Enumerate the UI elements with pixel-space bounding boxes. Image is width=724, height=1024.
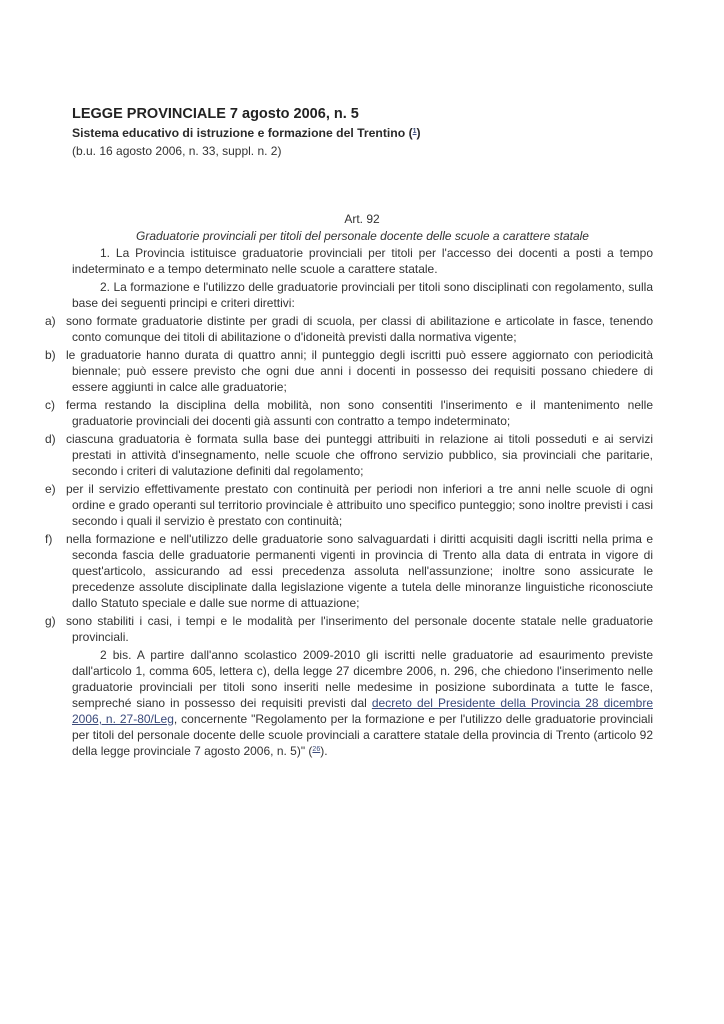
subtitle-text: Sistema educativo di istruzione e formaz… <box>72 126 413 140</box>
publication-info: (b.u. 16 agosto 2006, n. 33, suppl. n. 2… <box>72 144 281 158</box>
law-title: LEGGE PROVINCIALE 7 agosto 2006, n. 5 <box>72 106 359 122</box>
paragraph-1: 1. La Provincia istituisce graduatorie p… <box>72 245 653 277</box>
list-marker: d) <box>45 431 65 447</box>
criteria-list: a) sono formate graduatorie distinte per… <box>0 313 724 645</box>
list-marker: c) <box>45 397 65 413</box>
list-marker: g) <box>45 613 65 629</box>
criteria-item-b: b) le graduatorie hanno durata di quattr… <box>72 347 653 395</box>
list-marker: a) <box>45 313 65 329</box>
article-body: 1. La Provincia istituisce graduatorie p… <box>0 245 724 761</box>
list-item-text: nella formazione e nell'utilizzo delle g… <box>72 531 653 611</box>
list-item-text: sono formate graduatorie distinte per gr… <box>72 313 653 345</box>
list-item-text: ciascuna graduatoria è formata sulla bas… <box>72 431 653 479</box>
document-page: LEGGE PROVINCIALE 7 agosto 2006, n. 5 Si… <box>0 0 724 1024</box>
criteria-item-e: e) per il servizio effettivamente presta… <box>72 481 653 529</box>
list-marker: b) <box>45 347 65 363</box>
list-marker: f) <box>45 531 65 547</box>
criteria-item-d: d) ciascuna graduatoria è formata sulla … <box>72 431 653 479</box>
criteria-item-f: f) nella formazione e nell'utilizzo dell… <box>72 531 653 611</box>
list-item-text: ferma restando la disciplina della mobil… <box>72 397 653 429</box>
criteria-item-a: a) sono formate graduatorie distinte per… <box>72 313 653 345</box>
criteria-item-g: g) sono stabiliti i casi, i tempi e le m… <box>72 613 653 645</box>
article-number: Art. 92 <box>0 212 724 226</box>
list-item-text: le graduatorie hanno durata di quattro a… <box>72 347 653 395</box>
list-marker: e) <box>45 481 65 497</box>
list-item-text: sono stabiliti i casi, i tempi e le moda… <box>72 613 653 645</box>
article-heading: Graduatorie provinciali per titoli del p… <box>72 229 653 243</box>
law-subtitle: Sistema educativo di istruzione e formaz… <box>72 126 421 140</box>
criteria-item-c: c) ferma restando la disciplina della mo… <box>72 397 653 429</box>
paragraph-2-bis: 2 bis. A partire dall'anno scolastico 20… <box>72 647 653 759</box>
list-item-text: per il servizio effettivamente prestato … <box>72 481 653 529</box>
subtitle-close: ) <box>417 126 421 140</box>
article-number-text: Art. 92 <box>344 212 379 226</box>
paragraph-2-bis-end: ). <box>320 744 327 758</box>
paragraph-2: 2. La formazione e l'utilizzo delle grad… <box>72 279 653 311</box>
